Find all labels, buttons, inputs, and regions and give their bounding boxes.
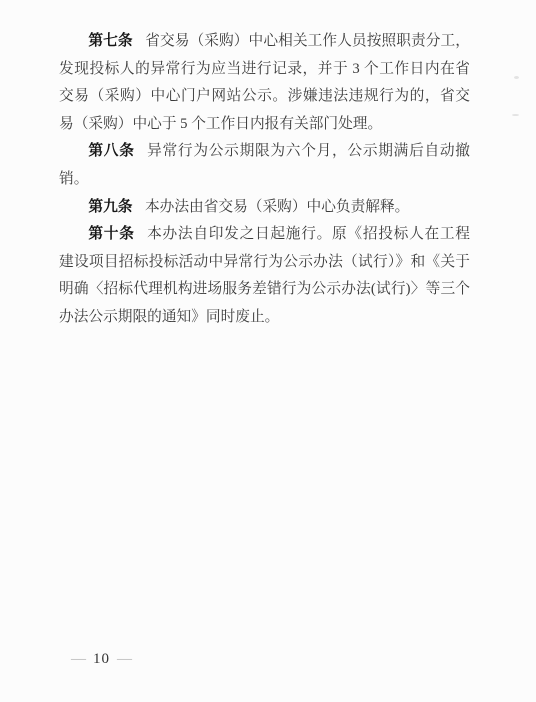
- paragraph-line: 建设项目招标投标活动中异常行为公示办法（试行）》和《关于: [59, 249, 470, 277]
- line-text: 销。: [59, 171, 88, 187]
- page-number: 10: [93, 651, 110, 668]
- scan-artifact: [512, 114, 519, 116]
- paragraph-first-line: 第十条本办法自印发之日起施行。原《招投标人在工程: [59, 221, 470, 249]
- paragraph-line: 交易（采购）中心门户网站公示。涉嫌违法违规行为的，省交: [59, 83, 470, 111]
- paragraph-first-line: 第七条省交易（采购）中心相关工作人员按照职责分工，: [59, 28, 470, 56]
- paragraph-line: 明确〈招标代理机构进场服务差错行为公示办法(试行)〉等三个: [59, 276, 470, 304]
- scan-artifact: [514, 76, 519, 79]
- page-footer: — 10 —: [71, 651, 132, 668]
- line-text: 本办法由省交易（采购）中心负责解释。: [145, 199, 409, 215]
- paragraph-line: 办法公示期限的通知》同时废止。: [59, 304, 470, 332]
- line-text: 易（采购）中心于 5 个工作日内报有关部门处理。: [59, 116, 382, 132]
- document-body: 第七条省交易（采购）中心相关工作人员按照职责分工，发现投标人的异常行为应当进行记…: [59, 28, 470, 332]
- line-text: 办法公示期限的通知》同时废止。: [59, 309, 279, 325]
- line-text: 异常行为公示期限为六个月，公示期满后自动撤: [147, 143, 470, 159]
- line-text: 明确〈招标代理机构进场服务差错行为公示办法(试行)〉等三个: [59, 281, 470, 297]
- document-page: 第七条省交易（采购）中心相关工作人员按照职责分工，发现投标人的异常行为应当进行记…: [0, 0, 536, 702]
- article-label: 第十条: [88, 226, 134, 242]
- paragraph-line: 销。: [59, 166, 470, 194]
- article-label: 第八条: [88, 143, 134, 159]
- line-text: 省交易（采购）中心相关工作人员按照职责分工，: [145, 33, 470, 49]
- footer-dash-right: —: [117, 652, 132, 666]
- line-text: 交易（采购）中心门户网站公示。涉嫌违法违规行为的，省交: [59, 88, 470, 104]
- paragraph-first-line: 第八条异常行为公示期限为六个月，公示期满后自动撤: [59, 138, 470, 166]
- article-label: 第七条: [88, 33, 132, 49]
- paragraph-first-line: 第九条本办法由省交易（采购）中心负责解释。: [59, 194, 470, 222]
- line-text: 本办法自印发之日起施行。原《招投标人在工程: [147, 226, 470, 242]
- paragraph-line: 易（采购）中心于 5 个工作日内报有关部门处理。: [59, 111, 470, 139]
- line-text: 发现投标人的异常行为应当进行记录，并于 3 个工作日内在省: [59, 61, 470, 77]
- footer-dash-left: —: [71, 652, 86, 666]
- article-label: 第九条: [88, 199, 132, 215]
- line-text: 建设项目招标投标活动中异常行为公示办法（试行）》和《关于: [59, 254, 470, 270]
- paragraph-line: 发现投标人的异常行为应当进行记录，并于 3 个工作日内在省: [59, 56, 470, 84]
